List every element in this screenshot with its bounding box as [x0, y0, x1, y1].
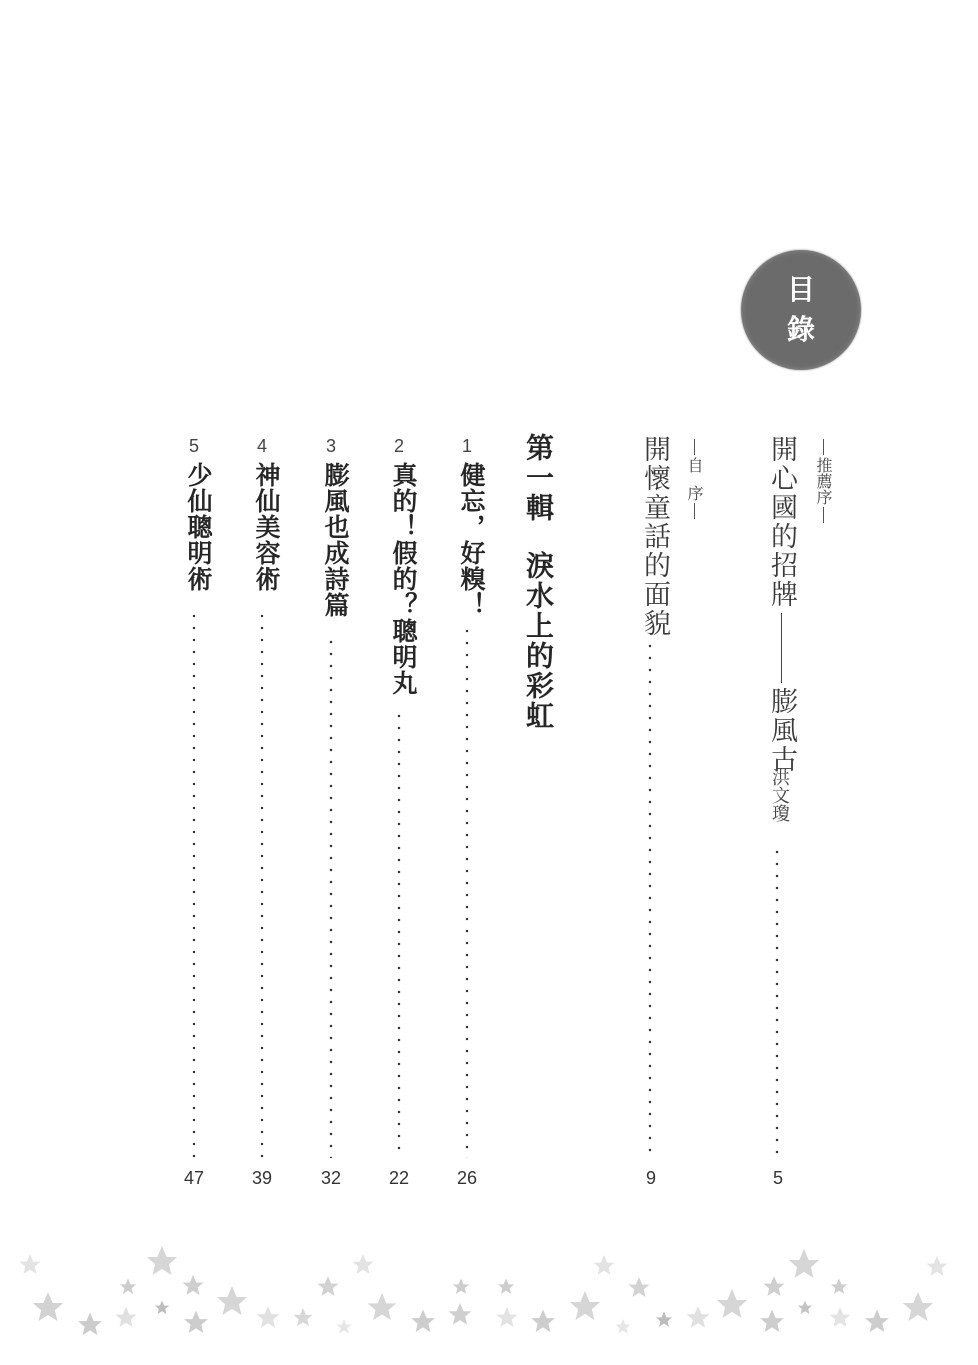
dot-leader [465, 625, 469, 1158]
chapter-index: 4 [257, 436, 267, 457]
chapter-title[interactable]: 真的！假的？聰明丸 [385, 462, 421, 696]
chapter-index: 5 [189, 436, 199, 457]
preface-page-number: 5 [773, 1168, 783, 1189]
dot-leader [648, 640, 652, 1158]
stars-border-icon [0, 1230, 978, 1365]
chapter-page-number: 39 [252, 1168, 272, 1189]
preface-title-part2: 膨風古 [766, 687, 797, 774]
chapter-index: 1 [462, 436, 472, 457]
dot-leader [260, 610, 264, 1158]
dash-icon [823, 507, 824, 523]
toc-title-char-1: 目 [787, 273, 815, 307]
dash-icon [694, 439, 695, 455]
foreword-page-number: 9 [646, 1168, 656, 1189]
dash-icon [823, 439, 824, 455]
dot-leader [775, 846, 779, 1158]
toc-title-char-2: 錄 [787, 313, 815, 347]
chapter-title[interactable]: 膨風也成詩篇 [317, 462, 353, 618]
dot-leader [397, 710, 401, 1158]
dot-leader [192, 610, 196, 1158]
section-heading: 第一輯淚水上的彩虹 [518, 433, 558, 731]
chapter-title[interactable]: 少仙聰明術 [180, 462, 216, 592]
chapter-title[interactable]: 神仙美容術 [248, 462, 284, 592]
dot-leader [329, 636, 333, 1158]
foreword-label: 自序 [683, 437, 706, 521]
chapter-page-number: 22 [389, 1168, 409, 1189]
preface-title[interactable]: 開心國的招牌膨風古 [762, 435, 801, 774]
preface-author: 洪文瓊 [766, 768, 792, 822]
chapter-index: 3 [326, 436, 336, 457]
preface-title-part1: 開心國的招牌 [766, 435, 797, 609]
preface-label: 推薦序 [812, 437, 835, 525]
chapter-page-number: 26 [457, 1168, 477, 1189]
toc-title-badge: 目 錄 [741, 250, 861, 370]
chapter-title[interactable]: 健忘，好糗！ [453, 462, 489, 618]
chapter-index: 2 [394, 436, 404, 457]
chapter-page-number: 32 [321, 1168, 341, 1189]
foreword-title[interactable]: 開懷童話的面貌 [635, 435, 674, 638]
em-dash [781, 613, 782, 683]
chapter-page-number: 47 [184, 1168, 204, 1189]
dash-icon [694, 503, 695, 519]
